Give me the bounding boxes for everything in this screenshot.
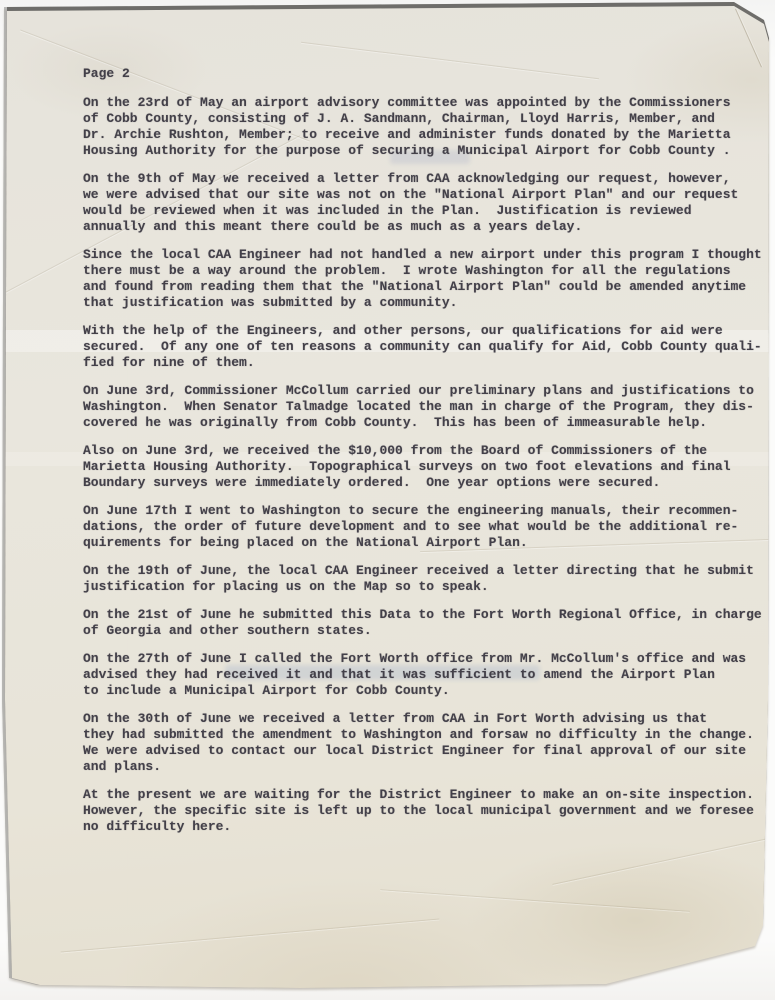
paragraph-10: On the 27th of June I called the Fort Wo… <box>83 651 758 699</box>
scanner-background: Page 2 On the 23rd of May an airport adv… <box>0 0 775 1000</box>
crease-line <box>380 889 689 912</box>
paragraph-11: On the 30th of June we received a letter… <box>83 711 758 775</box>
paragraph-3: Since the local CAA Engineer had not han… <box>83 247 758 311</box>
paragraph-6: Also on June 3rd, we received the $10,00… <box>83 443 758 491</box>
paragraph-2: On the 9th of May we received a letter f… <box>83 171 758 235</box>
page-number-label: Page 2 <box>83 66 758 82</box>
paragraph-5: On June 3rd, Commissioner McCollum carri… <box>83 383 758 431</box>
crease-line <box>61 918 440 952</box>
paragraph-7: On June 17th I went to Washington to sec… <box>83 503 758 551</box>
paragraph-9: On the 21st of June he submitted this Da… <box>83 607 758 639</box>
paragraph-8: On the 19th of June, the local CAA Engin… <box>83 563 758 595</box>
paragraph-1: On the 23rd of May an airport advisory c… <box>83 95 758 159</box>
typewritten-text-block: Page 2 On the 23rd of May an airport adv… <box>83 66 758 847</box>
paper-shadow-wrap: Page 2 On the 23rd of May an airport adv… <box>0 0 775 1000</box>
paragraph-12: At the present we are waiting for the Di… <box>83 787 758 835</box>
paragraph-4: With the help of the Engineers, and othe… <box>83 323 758 371</box>
corner-fold-line <box>735 9 762 68</box>
document-page: Page 2 On the 23rd of May an airport adv… <box>0 0 775 1000</box>
